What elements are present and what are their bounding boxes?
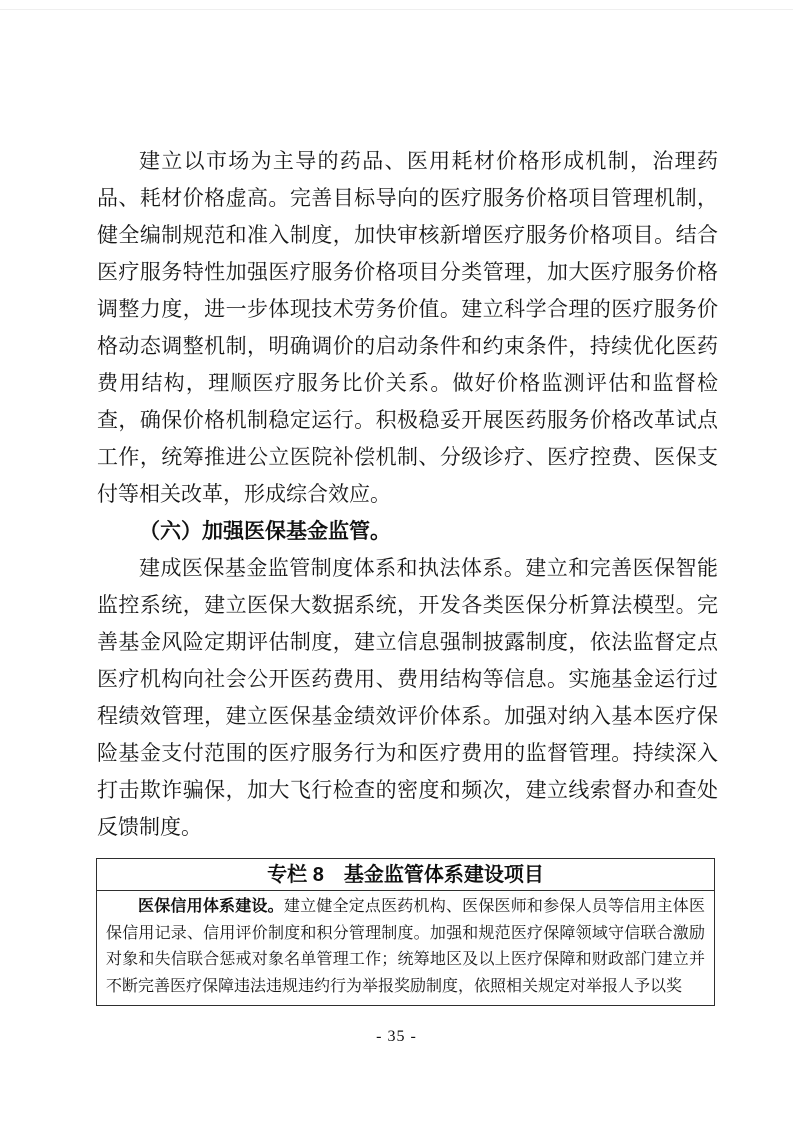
section-heading-fund-supervision: （六）加强医保基金监管。 xyxy=(97,513,718,550)
column-box-body: 医保信用体系建设。建立健全定点医药机构、医保医师和参保人员等信用主体医保信用记录… xyxy=(97,891,714,1005)
column-box-fund-supervision-projects: 专栏 8 基金监管体系建设项目 医保信用体系建设。建立健全定点医药机构、医保医师… xyxy=(96,858,715,1006)
body-paragraph-pricing: 建立以市场为主导的药品、医用耗材价格形成机制，治理药品、耗材价格虚高。完善目标导… xyxy=(97,143,718,513)
document-page: 建立以市场为主导的药品、医用耗材价格形成机制，治理药品、耗材价格虚高。完善目标导… xyxy=(0,0,793,1122)
body-paragraph-fund-supervision: 建成医保基金监管制度体系和执法体系。建立和完善医保智能监控系统，建立医保大数据系… xyxy=(97,550,718,846)
page-number: - 35 - xyxy=(0,1028,793,1046)
page-top-divider xyxy=(0,9,793,10)
column-box-lead-credit-system: 医保信用体系建设。 xyxy=(138,898,284,915)
column-box-title: 专栏 8 基金监管体系建设项目 xyxy=(97,859,714,891)
text-block: 建立以市场为主导的药品、医用耗材价格形成机制，治理药品、耗材价格虚高。完善目标导… xyxy=(97,143,718,846)
